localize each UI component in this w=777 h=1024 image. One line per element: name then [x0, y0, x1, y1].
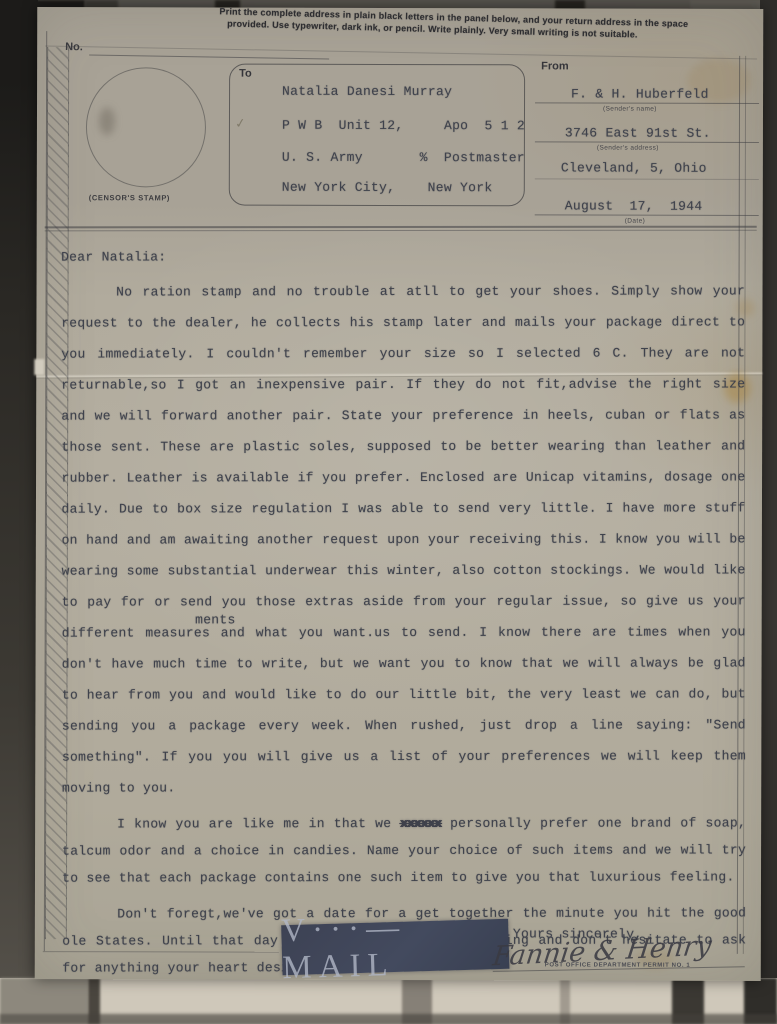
- paper-nick: [34, 359, 44, 375]
- letter-date-caption: (Date): [625, 218, 645, 225]
- from-label: From: [541, 60, 569, 72]
- sender-name-line: [535, 102, 759, 104]
- number-field-line: [89, 55, 329, 60]
- letter-date: August 17, 1944: [565, 198, 703, 213]
- pencil-check-mark: ✓: [234, 115, 247, 132]
- form-instructions: Print the complete address in plain blac…: [219, 6, 731, 43]
- letter-salutation: Dear Natalia:: [61, 240, 745, 272]
- letter-body: Dear Natalia: No ration stamp and no tro…: [61, 240, 746, 981]
- header-divider-rule: [45, 226, 757, 228]
- post-office-permit-text: POST OFFICE DEPARTMENT PERMIT NO. 1: [545, 962, 691, 968]
- sender-name-caption: (Sender's name): [603, 106, 657, 113]
- sender-address-line: [535, 141, 759, 143]
- form-top-border: [45, 45, 757, 59]
- letter-date-line: [535, 214, 759, 216]
- struck-out-word: xxxxxx: [400, 816, 441, 831]
- to-label: To: [239, 68, 252, 80]
- paragraph-1-text-continued: and what you want.us to send. I know the…: [62, 624, 746, 795]
- censor-stamp-circle: [86, 67, 206, 187]
- to-address-name: Natalia Danesi Murray: [282, 84, 452, 99]
- to-address-army: U. S. Army % Postmaster: [282, 150, 525, 166]
- to-address-unit: P W B Unit 12, Apo 5 1 2: [282, 118, 525, 134]
- sender-address-caption: (Sender's address): [597, 145, 659, 152]
- sender-city-line: [535, 178, 759, 180]
- letter-paragraph-2: I know you are like me in that we xxxxxx…: [62, 809, 746, 891]
- number-field-label: No.: [65, 41, 83, 53]
- paragraph-1-text: No ration stamp and no trouble at atll t…: [61, 283, 746, 640]
- scan-left-margin: [0, 0, 38, 1000]
- to-address-city: New York City, New York: [282, 180, 493, 196]
- paragraph-2-text: I know you are like me in that we: [117, 816, 400, 831]
- sender-city: Cleveland, 5, Ohio: [561, 160, 707, 175]
- header-divider-rule-inner: [45, 230, 757, 232]
- sender-name: F. & H. Huberfeld: [571, 86, 709, 101]
- censor-stamp-label: (CENSOR'S STAMP): [89, 193, 170, 202]
- v-mail-stamp: V···—MAIL: [281, 919, 509, 976]
- sender-address: 3746 East 91st St.: [565, 125, 711, 140]
- scan-bottom-shadow: [0, 1014, 777, 1024]
- letter-paragraph-1: No ration stamp and no trouble at atll t…: [61, 275, 746, 803]
- vmail-letter-paper: Print the complete address in plain blac…: [35, 7, 764, 981]
